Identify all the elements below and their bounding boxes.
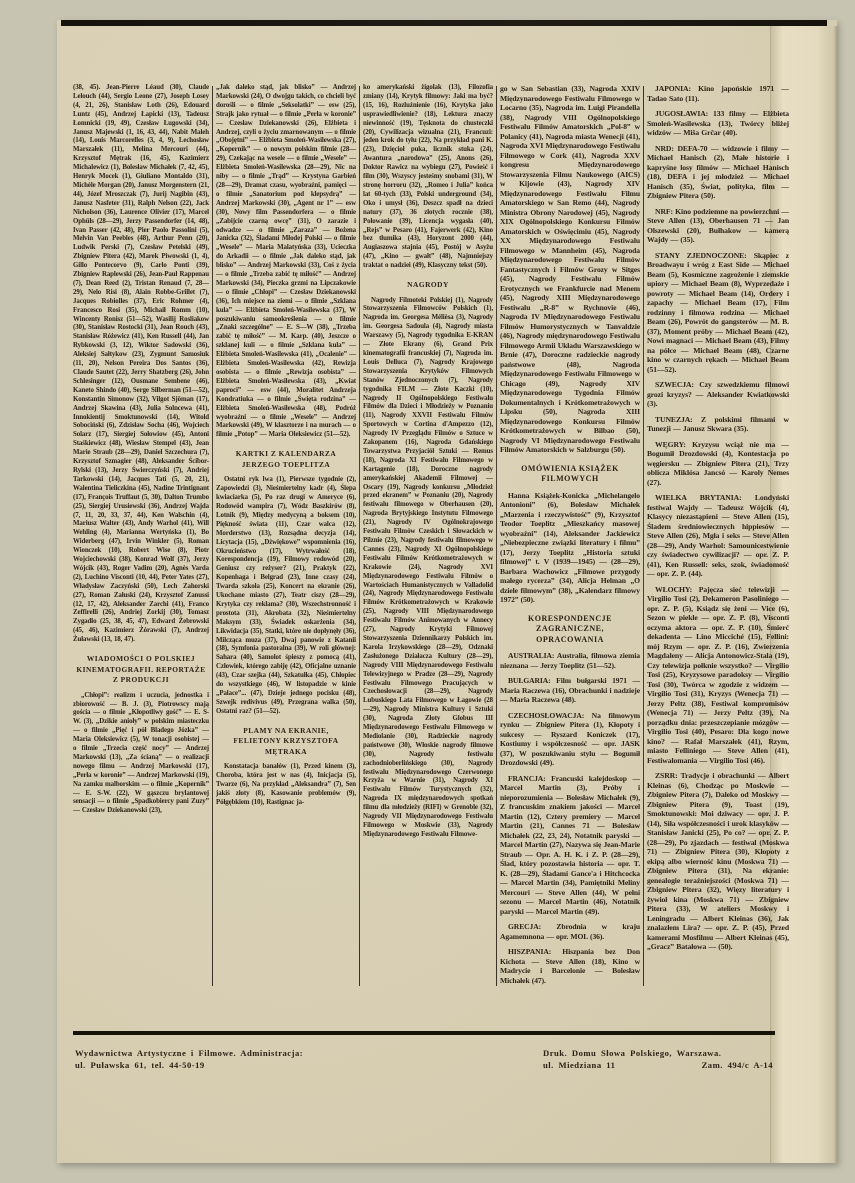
section-heading: WIADOMOŚCI O POLSKIEJ KINEMATOGRAFII. RE… [76,654,206,686]
index-column-3: ko amerykański żigolak (13), Filozofia z… [363,84,493,996]
index-paragraph: HISZPANIA: Hiszpania bez Don Kichota — S… [500,947,640,985]
page-top-edge [61,20,827,26]
footer-publisher-line2: ul. Puławska 61, tel. 44-50-19 [75,1060,375,1072]
section-heading: KARTKI Z KALENDARZA JERZEGO TOEPLITZA [219,449,353,470]
index-paragraph: AUSTRALIA: Australia, filmowa ziemia nie… [500,651,640,670]
index-paragraph: „Chłopi”: realizm i uczucia, jednostka i… [73,692,209,817]
index-paragraph: Ostatni ryk lwa (1), Pierwsze tygodnie (… [216,476,356,716]
index-paragraph: WŁOCHY: Pajęcza sieć telewizji — Virgili… [647,585,789,766]
footer-rule [73,1031,775,1035]
scanned-page-background: { "page": { "kind": "scanned magazine an… [0,0,855,1183]
column-rule [643,86,644,986]
index-column-4: go w San Sebastian (33), Nagroda XXIV Mi… [500,84,640,996]
index-paragraph: SZWECJA: Czy szwedzkiemu filmowi grozi k… [647,380,789,409]
index-paragraph: STANY ZJEDNOCZONE: Skąpiec z Broadwayu i… [647,251,789,375]
index-paragraph: Konstatacja banałów (1), Przed kinem (3)… [216,763,356,808]
index-paragraph: JAPONIA: Kino japońskie 1971 — Tadao Sat… [647,84,789,103]
index-paragraph: Nagrody Filmoteki Polskiej (1), Nagrody … [363,297,493,840]
magazine-page: (38, 45). Jean-Pierre Léaud (30), Claude… [57,20,837,1163]
section-heading: KORESPONDENCJE ZAGRANICZNE, OPRACOWANIA [503,614,637,646]
index-paragraph: ZSRR: Tradycje i obrachunki — Albert Kle… [647,771,789,952]
column-rule [359,86,360,986]
index-paragraph: NRF: Kino podziemne na powierzchni — Ste… [647,207,789,245]
index-paragraph: ko amerykański żigolak (13), Filozofia z… [363,84,493,271]
footer-printer-address: ul. Miedziana 11 [543,1060,615,1072]
index-paragraph: TUNEZJA: Z polskimi filmami w Tunezji — … [647,415,789,434]
index-paragraph: WĘGRY: Kryzysu wciąż nie ma — Bogumił Dr… [647,440,789,488]
footer-printer-line1: Druk. Domu Słowa Polskiego, Warszawa. [543,1048,773,1060]
footer-printer: Druk. Domu Słowa Polskiego, Warszawa. ul… [543,1048,773,1071]
index-column-5: JAPONIA: Kino japońskie 1971 — Tadao Sat… [647,84,789,996]
index-column-1: (38, 45). Jean-Pierre Léaud (30), Claude… [73,84,209,996]
section-heading: PLAMY NA EKRANIE, FELIETONY KRZYSZTOFA M… [219,726,353,758]
footer-publisher: Wydawnictwa Artystyczne i Filmowe. Admin… [75,1048,375,1071]
index-paragraph: „Jak daleko stąd, jak blisko” — Andrzej … [216,84,356,440]
footer-printer-order-code: Zam. 494/c A-14 [702,1060,773,1072]
index-paragraph: NRD: DEFA-70 — widzowie i filmy — Michae… [647,144,789,201]
footer-publisher-line1: Wydawnictwa Artystyczne i Filmowe. Admin… [75,1048,375,1060]
index-paragraph: WIELKA BRYTANIA: Londyński festiwal Wajd… [647,493,789,579]
index-paragraph: CZECHOSŁOWACJA: Na filmowym rynku — Zbig… [500,711,640,768]
index-paragraph: (38, 45). Jean-Pierre Léaud (30), Claude… [73,84,209,645]
column-rule [212,86,213,986]
index-paragraph: GRECJA: Zbrodnia w kraju Agamemnona — op… [500,922,640,941]
index-column-2: „Jak daleko stąd, jak blisko” — Andrzej … [216,84,356,996]
column-rule [496,86,497,986]
index-paragraph: FRANCJA: Francuski kalejdoskop — Marcel … [500,774,640,917]
index-paragraph: Hanna Książek-Konicka „Michelangelo Anto… [500,491,640,605]
footer-printer-line2: ul. Miedziana 11 Zam. 494/c A-14 [543,1060,773,1072]
text-columns: (38, 45). Jean-Pierre Léaud (30), Claude… [73,84,789,996]
index-paragraph: BUŁGARIA: Film bułgarski 1971 — Maria Ra… [500,676,640,705]
index-paragraph: go w San Sebastian (33), Nagroda XXIV Mi… [500,84,640,455]
index-paragraph: JUGOSŁAWIA: 133 filmy — Elżbieta Smoleń-… [647,109,789,138]
section-heading: NAGRODY [366,280,490,291]
section-heading: OMÓWIENIA KSIĄŻEK FILMOWYCH [503,464,637,485]
